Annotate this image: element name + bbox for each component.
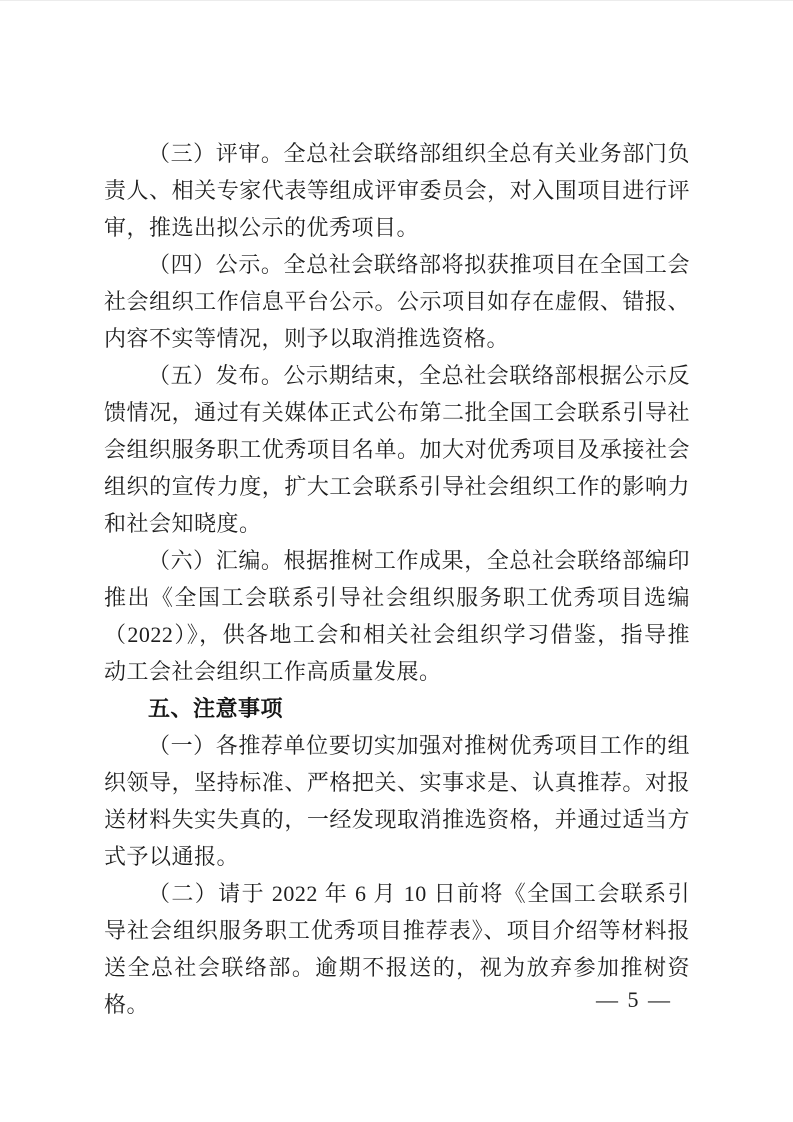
paragraph-note-1: （一）各推荐单位要切实加强对推树优秀项目工作的组织领导，坚持标准、严格把关、实事… <box>104 727 690 875</box>
paragraph-item-4-publicity: （四）公示。全总社会联络部将拟获推项目在全国工会社会组织工作信息平台公示。公示项… <box>104 246 690 357</box>
paragraph-item-5-release: （五）发布。公示期结束，全总社会联络部根据公示反馈情况，通过有关媒体正式公布第二… <box>104 357 690 542</box>
document-page: （三）评审。全总社会联络部组织全总有关业务部门负责人、相关专家代表等组成评审委员… <box>0 0 793 1122</box>
document-body: （三）评审。全总社会联络部组织全总有关业务部门负责人、相关专家代表等组成评审委员… <box>104 135 690 1023</box>
page-number: — 5 — <box>0 987 672 1013</box>
paragraph-item-3-review: （三）评审。全总社会联络部组织全总有关业务部门负责人、相关专家代表等组成评审委员… <box>104 135 690 246</box>
scan-edge-line <box>0 0 793 1</box>
section-heading-notes: 五、注意事项 <box>104 690 690 727</box>
paragraph-item-6-compilation: （六）汇编。根据推树工作成果，全总社会联络部编印推出《全国工会联系引导社会组织服… <box>104 542 690 690</box>
